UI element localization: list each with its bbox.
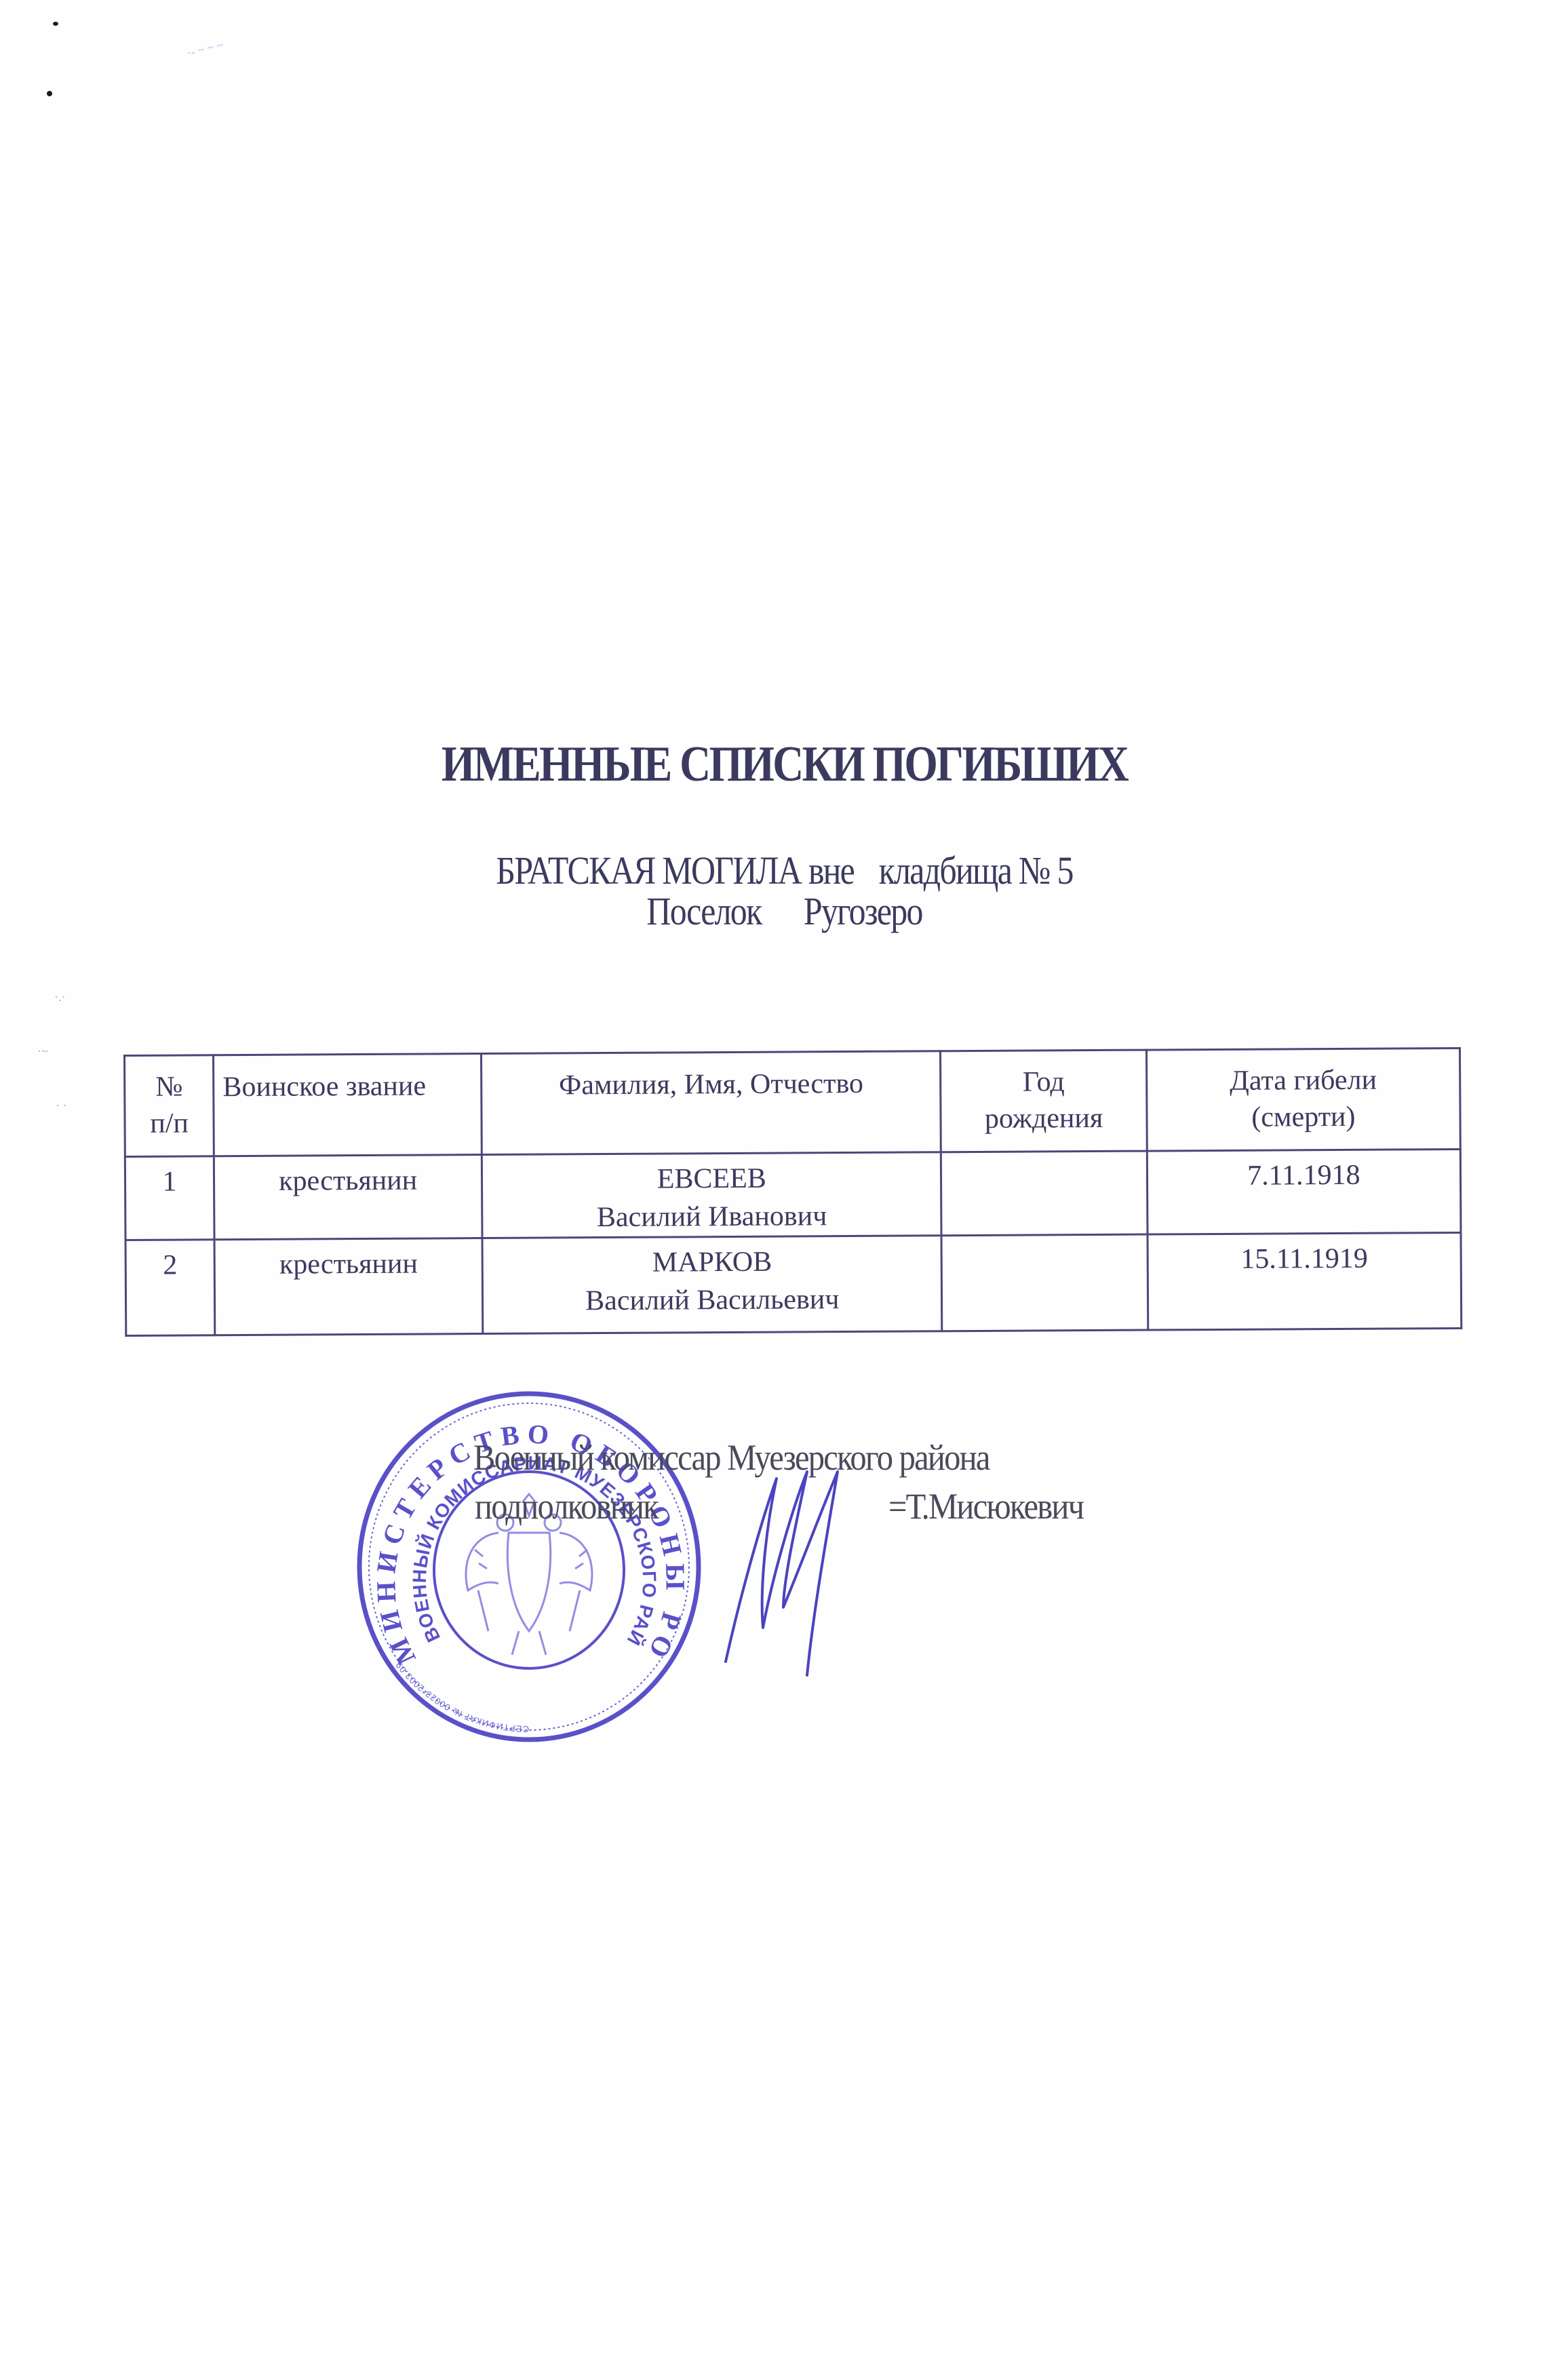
cell-death-date: 15.11.1919	[1148, 1232, 1462, 1330]
grave-type: БРАТСКАЯ МОГИЛА	[496, 848, 801, 893]
header-number-line2: п/п	[125, 1105, 212, 1142]
cell-rank: крестьянин	[214, 1155, 482, 1240]
cell-full-name: ЕВСЕЕВ Василий Иванович	[482, 1152, 942, 1238]
cell-full-name: МАРКОВ Василий Васильевич	[482, 1236, 942, 1334]
scan-faint-mark: ·~	[37, 1044, 48, 1059]
signatory-rank: подполковник	[475, 1485, 658, 1527]
cell-given-names: Василий Васильевич	[484, 1280, 941, 1320]
grave-description: БРАТСКАЯ МОГИЛА вне кладбища № 5	[110, 848, 1458, 893]
cell-birth-year	[941, 1151, 1148, 1236]
cell-birth-year	[941, 1234, 1148, 1331]
table-row: 2 крестьянин МАРКОВ Василий Васильевич 1…	[125, 1232, 1462, 1335]
header-birth-year-line1: Год	[941, 1063, 1145, 1101]
header-full-name: Фамилия, Имя, Отчество	[482, 1051, 941, 1155]
scan-faint-mark: ·.·	[54, 990, 66, 1004]
table-row: 1 крестьянин ЕВСЕЕВ Василий Иванович 7.1…	[125, 1149, 1461, 1240]
header-birth-year: Год рождения	[941, 1050, 1147, 1152]
casualty-table: № п/п Воинское звание Фамилия, Имя, Отче…	[123, 1047, 1462, 1337]
grave-cemetery: кладбища № 5	[879, 848, 1073, 893]
cell-rank: крестьянин	[214, 1238, 483, 1335]
scan-speck	[53, 22, 58, 26]
document-page: ·- ~ ~ ~ ·.· ·~ · · ИМЕННЫЕ СПИСКИ ПОГИБ…	[0, 0, 1568, 2371]
signatory-name: =Т.Мисюкевич	[888, 1485, 1083, 1527]
cell-number: 2	[125, 1240, 215, 1336]
settlement-label: Поселок	[646, 889, 761, 933]
header-number-line1: №	[125, 1068, 212, 1105]
cell-number: 1	[125, 1156, 214, 1240]
header-number: № п/п	[125, 1055, 214, 1157]
header-rank: Воинское звание	[214, 1054, 482, 1156]
page-title: ИМЕННЫЕ СПИСКИ ПОГИБШИХ	[110, 736, 1458, 793]
scan-faint-mark: · ·	[56, 1099, 67, 1113]
header-death-date-line2: (смерти)	[1148, 1098, 1459, 1137]
header-death-date-line1: Дата гибели	[1148, 1061, 1459, 1100]
cell-death-date: 7.11.1918	[1147, 1149, 1461, 1234]
scan-speck	[47, 91, 52, 96]
settlement-name: Ругозеро	[804, 889, 922, 933]
cell-surname: МАРКОВ	[484, 1242, 941, 1282]
settlement-line: Поселок Ругозеро	[110, 888, 1458, 934]
grave-location-qualifier: вне	[808, 848, 854, 893]
header-birth-year-line2: рождения	[942, 1100, 1146, 1138]
cell-surname: ЕВСЕЕВ	[483, 1158, 941, 1199]
header-death-date: Дата гибели (смерти)	[1146, 1048, 1460, 1151]
handwritten-signature	[719, 1451, 868, 1682]
cell-given-names: Василий Иванович	[483, 1196, 941, 1237]
table-header-row: № п/п Воинское звание Фамилия, Имя, Отче…	[125, 1048, 1461, 1156]
scan-faint-mark: ·- ~ ~ ~	[185, 38, 224, 61]
